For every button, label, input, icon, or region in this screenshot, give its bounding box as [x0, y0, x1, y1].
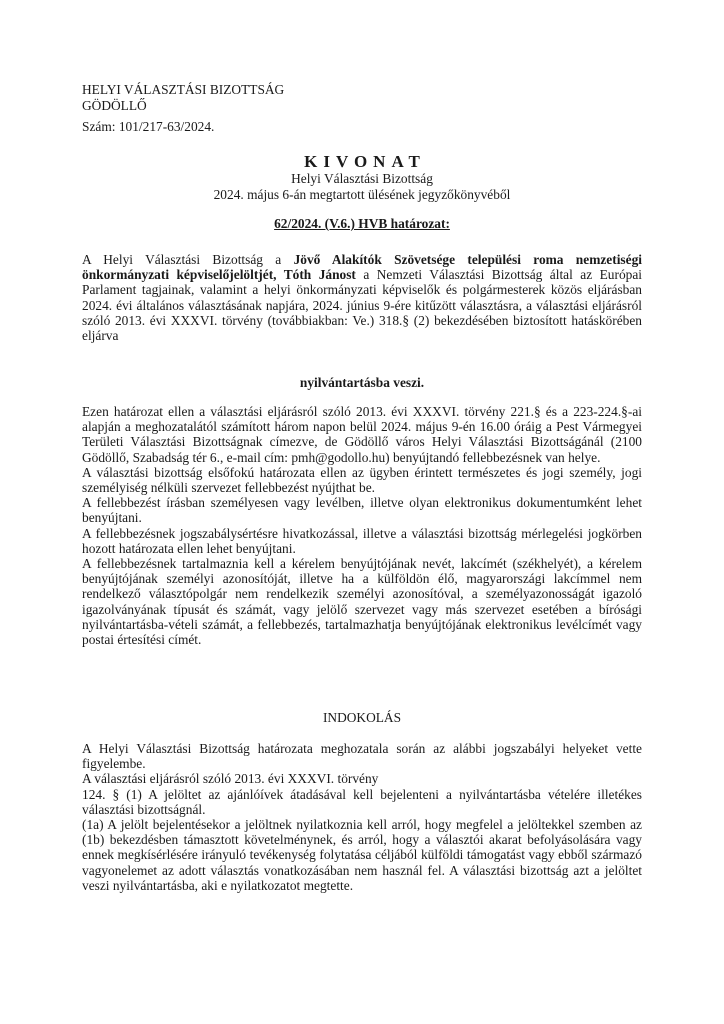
remedy-text: A fellebbezést írásban személyesen vagy …: [82, 495, 642, 525]
justification-heading: INDOKOLÁS: [82, 710, 642, 725]
organization-name: HELYI VÁLASZTÁSI BIZOTTSÁG: [82, 82, 284, 98]
decision-text: nyilvántartásba veszi.: [82, 375, 642, 390]
minutes-source: 2024. május 6-án megtartott ülésének jeg…: [82, 187, 642, 203]
title-block: KIVONAT Helyi Választási Bizottság 2024.…: [82, 152, 642, 231]
resolution-number: 62/2024. (V.6.) HVB határozat:: [82, 216, 642, 231]
document-header: HELYI VÁLASZTÁSI BIZOTTSÁG GÖDÖLLŐ Szám:…: [82, 82, 284, 135]
remedy-paragraph: A választási bizottság elsőfokú határoza…: [82, 465, 642, 495]
justification-paragraph: 124. § (1) A jelöltet az ajánlóívek átad…: [82, 787, 642, 817]
remedy-paragraph: A fellebbezést írásban személyesen vagy …: [82, 495, 642, 525]
committee-name: Helyi Választási Bizottság: [82, 171, 642, 187]
legal-remedy-section: Ezen határozat ellen a választási eljárá…: [82, 404, 642, 647]
justification-section: A Helyi Választási Bizottság határozata …: [82, 741, 642, 893]
remedy-paragraph: A fellebbezésnek tartalmaznia kell a kér…: [82, 556, 642, 647]
document-page: HELYI VÁLASZTÁSI BIZOTTSÁG GÖDÖLLŐ Szám:…: [0, 0, 724, 1024]
justification-paragraph: A választási eljárásról szóló 2013. évi …: [82, 771, 642, 786]
intro-text-1: A Helyi Választási Bizottság a: [82, 252, 294, 267]
organization-city: GÖDÖLLŐ: [82, 98, 284, 114]
document-title: KIVONAT: [82, 152, 642, 171]
justification-paragraph: (1a) A jelölt bejelentésekor a jelöltnek…: [82, 817, 642, 893]
remedy-paragraph: Ezen határozat ellen a választási eljárá…: [82, 404, 642, 465]
intro-paragraph: A Helyi Választási Bizottság a Jövő Alak…: [82, 252, 642, 343]
document-number: Szám: 101/217-63/2024.: [82, 119, 284, 135]
remedy-paragraph: A fellebbezésnek jogszabálysértésre hiva…: [82, 526, 642, 556]
justification-paragraph: A Helyi Választási Bizottság határozata …: [82, 741, 642, 771]
